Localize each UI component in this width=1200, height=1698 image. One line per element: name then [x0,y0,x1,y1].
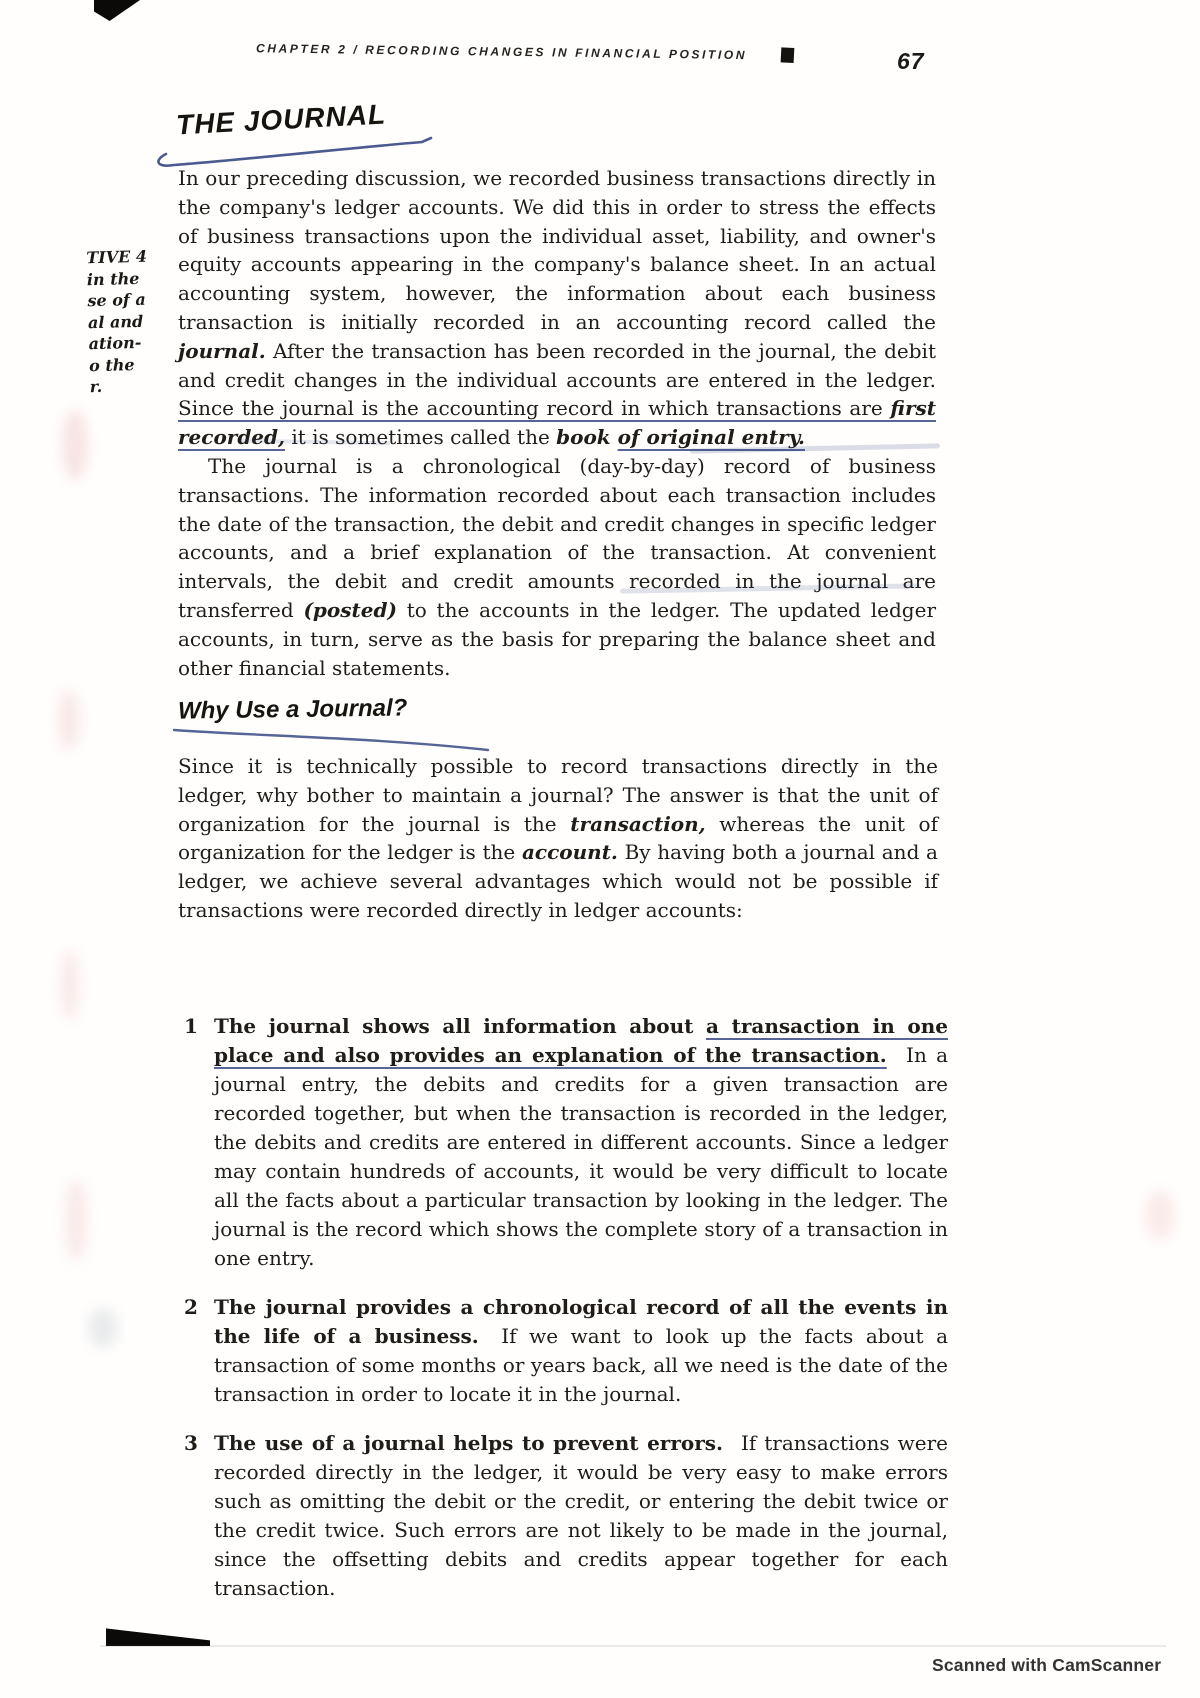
scan-smudge [88,1308,118,1348]
scan-smudge [64,1180,88,1260]
paragraph-1: In our preceding discussion, we recorded… [178,164,936,452]
paragraph-2: The journal is a chronological (day-by-d… [178,452,936,682]
list-item-text: The journal shows all information about … [214,1012,948,1273]
scan-smudge [1145,1190,1175,1240]
text-run: account. [522,840,618,864]
text-run: book [556,425,617,449]
text-run: The journal is a chronological (day-by-d… [178,454,936,622]
margin-note-line: TIVE 4 [86,245,183,269]
margin-note-line: in the [87,266,184,290]
scan-smudge [62,410,88,480]
margin-note: TIVE 4 in the se of a al and ation- o th… [86,245,186,398]
text-run: transaction, [570,812,705,836]
camscanner-watermark: Scanned with CamScanner [932,1655,1161,1676]
text-run: journal. [178,339,266,363]
list-item-number: 2 [184,1293,206,1409]
text-run: of original entry. [618,425,805,449]
list-item: 1 The journal shows all information abou… [184,1012,948,1273]
text-run: The use of a journal helps to prevent er… [214,1431,723,1455]
subsection-heading: Why Use a Journal? [178,694,408,725]
scan-smudge [58,690,80,750]
margin-note-line: al and [88,309,185,333]
list-item-text: The use of a journal helps to prevent er… [214,1429,948,1603]
list-item-text: The journal provides a chronological rec… [214,1293,948,1409]
advantages-list: 1 The journal shows all information abou… [184,1012,948,1623]
chapter-heading: CHAPTER 2 / RECORDING CHANGES IN FINANCI… [256,41,747,62]
section-intro-paragraph: Since it is technically possible to reco… [178,752,938,925]
text-run: The journal shows all information about [214,1014,706,1038]
margin-note-line: o the [89,352,186,376]
page-number: 67 [897,48,925,75]
text-run: After the transaction has been recorded … [178,339,936,392]
margin-note-line: se of a [87,288,184,312]
text-run: it is sometimes called the [285,425,556,449]
list-item: 2 The journal provides a chronological r… [184,1293,948,1409]
square-bullet-icon [781,47,795,63]
scan-smudge [60,950,80,1020]
text-run: (posted) [303,598,396,622]
margin-note-line: ation- [88,331,185,355]
list-item-number: 1 [184,1012,206,1273]
text-run: In our preceding discussion, we recorded… [178,166,936,334]
text-run: Since the journal is the accounting reco… [178,396,890,420]
scan-artifact-top-wedge [94,0,140,21]
list-item-number: 3 [184,1429,206,1603]
margin-note-line: r. [89,374,186,398]
scan-artifact-bottom-wedge [106,1626,210,1646]
intro-paragraphs: In our preceding discussion, we recorded… [178,164,936,682]
text-run: If transactions were recorded directly i… [214,1431,948,1600]
text-run: In a journal entry, the debits and credi… [214,1043,948,1270]
scanned-textbook-page: CHAPTER 2 / RECORDING CHANGES IN FINANCI… [0,0,1200,1698]
running-header: CHAPTER 2 / RECORDING CHANGES IN FINANCI… [256,40,794,63]
page-bottom-edge [100,1645,1166,1647]
list-item: 3 The use of a journal helps to prevent … [184,1429,948,1603]
